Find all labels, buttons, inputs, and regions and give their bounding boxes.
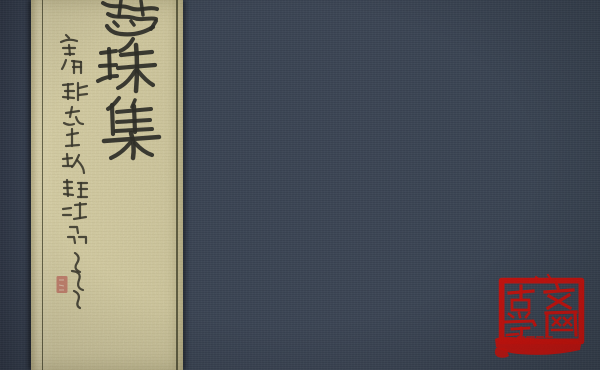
book-cover-photo: 戀珠集 甯伯龍先生敬贈詩品 古文学网 <box>0 0 600 370</box>
calligraphy-and-seals-art <box>0 0 600 370</box>
photo-grain-overlay <box>0 0 600 370</box>
